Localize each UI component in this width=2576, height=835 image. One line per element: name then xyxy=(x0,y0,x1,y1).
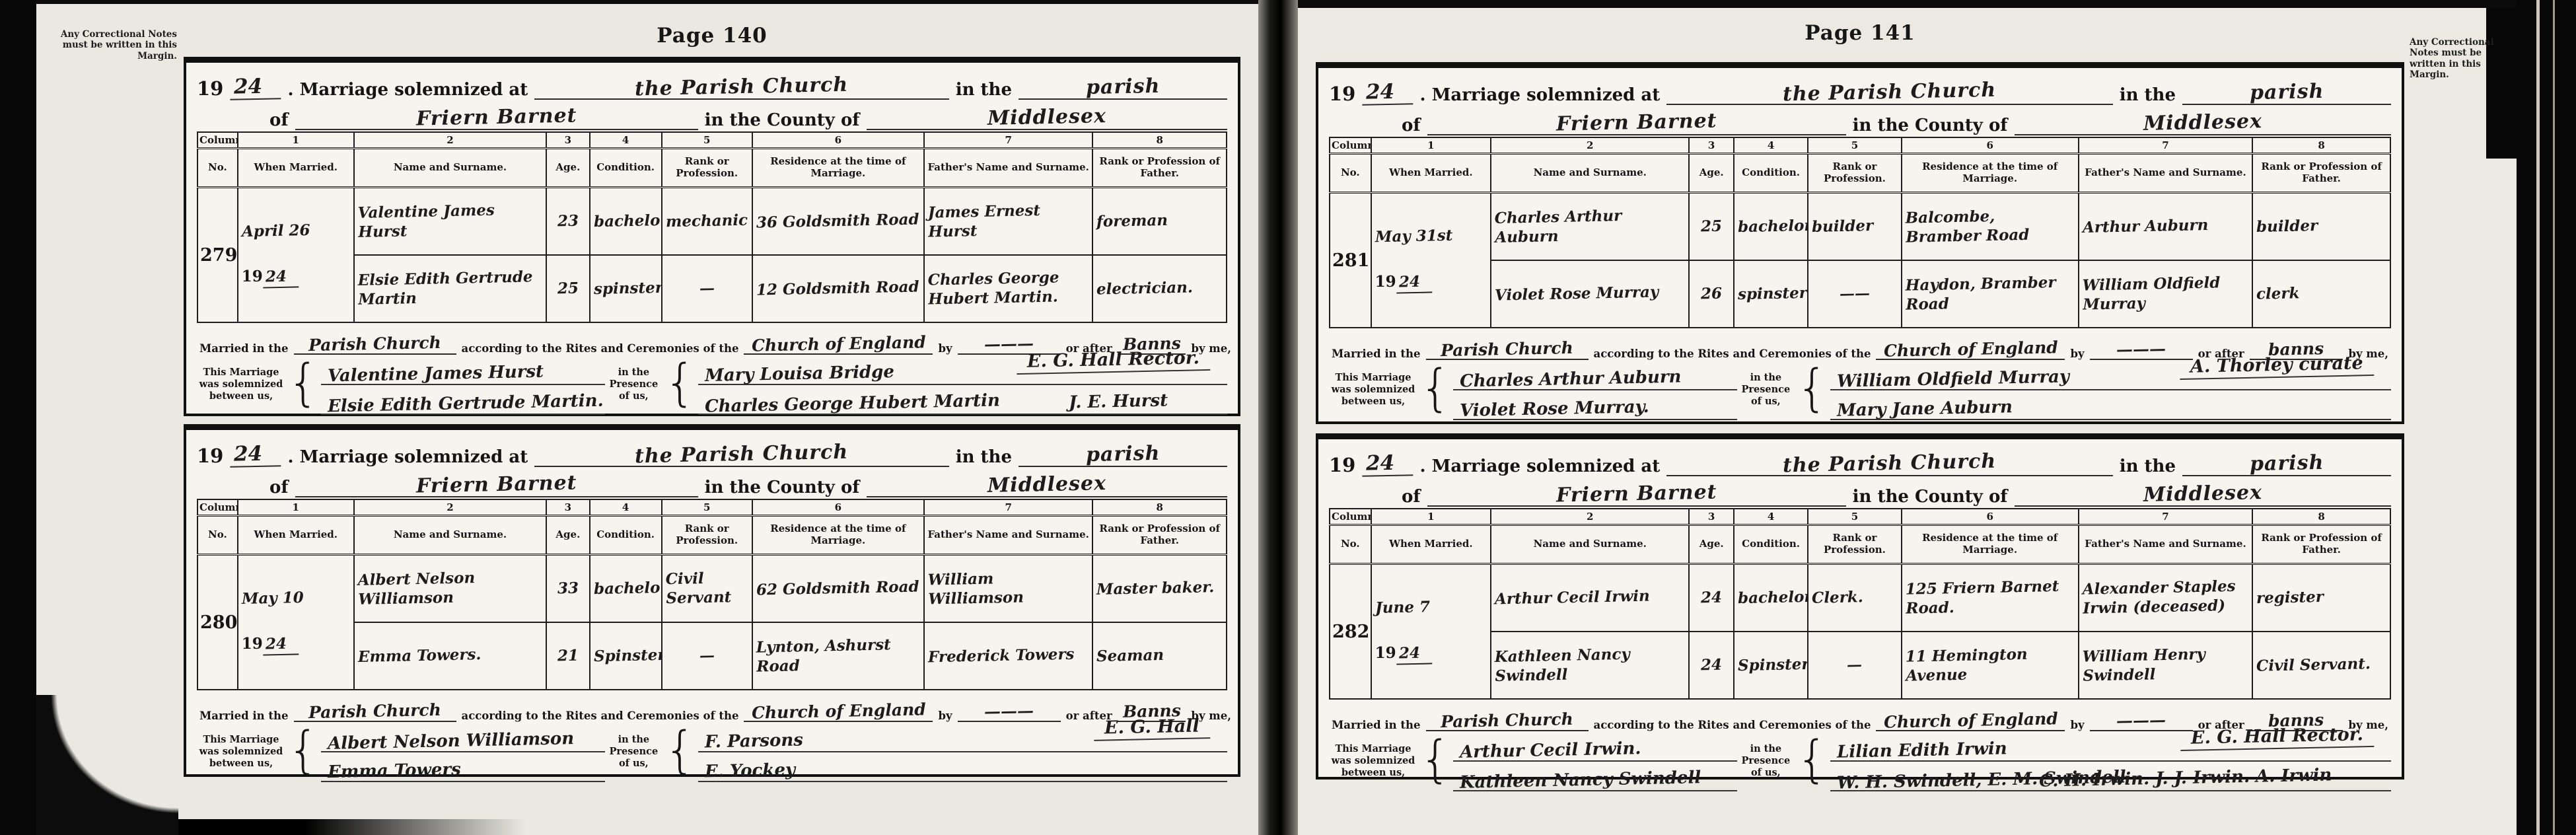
brace-glyph: { xyxy=(287,356,319,412)
groom-condition: bachelor xyxy=(1734,193,1808,261)
bride-signature: Emma Towers xyxy=(328,760,461,782)
marriage-entry-section: 1924. Marriage solemnized at the Parish … xyxy=(184,424,1240,777)
groom-rank-text: builder xyxy=(1812,217,1874,237)
witness1-signature: F. Parsons xyxy=(704,730,803,752)
witness2-signature: E. Yockey xyxy=(704,760,795,782)
ceremony-block: Married in the Parish Church according t… xyxy=(197,323,1227,421)
groom-name-text: Albert Nelson Williamson xyxy=(357,567,543,609)
spouse-signatures: Albert Nelson Williamson Emma Towers xyxy=(321,726,605,782)
witness1-signature: Mary Louisa Bridge xyxy=(704,362,894,386)
bride-father-text: William Henry Swindell xyxy=(2082,645,2249,686)
col-number-6: 6 xyxy=(1902,137,2079,154)
in-the-label: in the xyxy=(956,80,1012,100)
page-number: Page 140 xyxy=(184,24,1240,48)
bride-age-text: 21 xyxy=(557,646,579,665)
margin-note: Any Correctional Notes must be written i… xyxy=(2410,37,2509,81)
col-number-5: 5 xyxy=(662,132,752,149)
header-father-rank: Rank or Profession of Father. xyxy=(2252,154,2390,193)
entry-number: 279 xyxy=(197,188,238,323)
col-number-1: 1 xyxy=(1371,509,1491,525)
married-in-handwritten: Parish Church xyxy=(308,700,441,722)
signatures-row: This Marriage was solemnized between us,… xyxy=(197,726,1227,782)
groom-father-rank: Master baker. xyxy=(1092,555,1227,623)
married-in-label: Married in the xyxy=(199,342,289,355)
section-header-line1: 1924. Marriage solemnized at the Parish … xyxy=(1329,442,2391,476)
col-number-3: 3 xyxy=(1689,509,1733,525)
groom-condition: bachelor xyxy=(590,555,662,623)
column-numbers-row: Columns. 1 2 3 4 5 6 7 8 xyxy=(197,499,1227,516)
col-number-6: 6 xyxy=(752,132,924,149)
groom-residence-text: 62 Goldsmith Road xyxy=(756,577,919,600)
col-number-7: 7 xyxy=(924,132,1093,149)
section-header-line2: of Friern Barnet in the County of Middle… xyxy=(1329,105,2391,135)
county-handwritten: Middlesex xyxy=(2143,481,2262,507)
brace-glyph: { xyxy=(287,723,319,780)
groom-residence-text: 36 Goldsmith Road xyxy=(756,210,919,233)
solemnized-at-label: . Marriage solemnized at xyxy=(1420,456,1661,476)
in-the-label: in the xyxy=(956,447,1012,467)
groom-father: James Ernest Hurst xyxy=(924,188,1093,256)
bride-father: Frederick Towers xyxy=(924,622,1093,690)
groom-signature: Charles Arthur Auburn xyxy=(1460,367,1682,391)
rites-label: according to the Rites and Ceremonies of… xyxy=(462,342,739,355)
groom-signature-line: Charles Arthur Auburn xyxy=(1453,364,1737,390)
col-number-7: 7 xyxy=(2079,509,2252,525)
bride-rank: — xyxy=(662,622,752,690)
parish-blank: parish xyxy=(1019,75,1227,100)
by-blank: ——— xyxy=(958,701,1061,722)
section-header-line2: of Friern Barnet in the County of Middle… xyxy=(197,467,1227,497)
bride-rank-text: — xyxy=(699,646,715,665)
when-year-prefix: 19 xyxy=(242,268,263,285)
register-table: Columns. 1 2 3 4 5 6 7 8 No. When Marrie… xyxy=(197,499,1227,690)
officiant-signature: A. Thorley curate xyxy=(2180,353,2374,380)
county-handwritten: Middlesex xyxy=(2143,110,2262,135)
groom-name-text: Arthur Cecil Irwin xyxy=(1495,587,1650,609)
county-label: in the County of xyxy=(1853,116,2008,135)
col-number-8: 8 xyxy=(1092,499,1227,516)
bride-father: William Henry Swindell xyxy=(2079,632,2252,699)
married-in-label: Married in the xyxy=(1332,347,1421,360)
spouse-signatures: Arthur Cecil Irwin. Kathleen Nancy Swind… xyxy=(1453,735,1737,791)
married-in-blank: Parish Church xyxy=(294,701,456,722)
parish-handwritten: parish xyxy=(2249,80,2324,104)
solemnized-at-label: . Marriage solemnized at xyxy=(288,80,528,100)
when-year-prefix: 19 xyxy=(1375,273,1396,291)
bride-condition-text: Spinster xyxy=(1738,655,1808,675)
married-in-label: Married in the xyxy=(199,709,289,722)
married-in-handwritten: Parish Church xyxy=(308,333,441,355)
header-rank-profession: Rank or Profession. xyxy=(1808,525,1901,564)
bride-age-text: 26 xyxy=(1701,284,1723,303)
groom-father-rank-text: builder xyxy=(2256,217,2318,237)
header-age: Age. xyxy=(1689,525,1733,564)
groom-row: 279 April 26 1924 Valentine James Hurst … xyxy=(197,188,1227,256)
header-father-rank: Rank or Profession of Father. xyxy=(2252,525,2390,564)
parish-blank: parish xyxy=(2182,81,2391,105)
year-handwritten: 24 xyxy=(1362,451,1413,477)
header-condition: Condition. xyxy=(590,149,662,188)
bride-father-text: Charles George Hubert Martin. xyxy=(927,268,1089,310)
header-no: No. xyxy=(197,149,238,188)
groom-residence: 62 Goldsmith Road xyxy=(752,555,924,623)
groom-rank-text: Clerk. xyxy=(1812,588,1863,608)
bride-condition-text: spinster xyxy=(1738,284,1807,305)
bride-signature: Kathleen Nancy Swindell xyxy=(1460,768,1701,793)
bride-condition: Spinster xyxy=(1734,632,1808,699)
header-rank-profession: Rank or Profession. xyxy=(662,516,752,555)
col-number-7: 7 xyxy=(924,499,1093,516)
col-number-2: 2 xyxy=(1491,509,1689,525)
header-age: Age. xyxy=(546,149,589,188)
header-father-name: Father's Name and Surname. xyxy=(924,149,1093,188)
header-no: No. xyxy=(197,516,238,555)
column-headers-row: No. When Married. Name and Surname. Age.… xyxy=(1330,154,2390,193)
section-header-line1: 1924. Marriage solemnized at the Parish … xyxy=(197,433,1227,467)
groom-father-text: James Ernest Hurst xyxy=(927,201,1089,242)
header-when-married: When Married. xyxy=(238,516,354,555)
groom-father-rank-text: Master baker. xyxy=(1096,578,1215,599)
col-number-3: 3 xyxy=(546,499,589,516)
when-year-handwritten: 24 xyxy=(1396,643,1432,665)
register-table: Columns. 1 2 3 4 5 6 7 8 No. When Marrie… xyxy=(1329,508,2391,700)
church-handwritten: the Parish Church xyxy=(635,441,849,468)
by-label: by xyxy=(2070,347,2084,360)
bride-father-rank: Civil Servant. xyxy=(2252,632,2390,699)
col-number-4: 4 xyxy=(1734,509,1808,525)
bride-name: Emma Towers. xyxy=(354,622,546,690)
brace-glyph: { xyxy=(1796,733,1828,789)
rites-church-handwritten: Church of England xyxy=(751,332,925,355)
bride-rank: — xyxy=(1808,632,1901,699)
groom-signature-line: Valentine James Hurst xyxy=(321,359,605,385)
groom-age-text: 25 xyxy=(1701,217,1723,236)
witness2-signature: Charles George Hubert Martin xyxy=(704,390,999,416)
column-headers-row: No. When Married. Name and Surname. Age.… xyxy=(197,149,1227,188)
groom-father-rank-text: foreman xyxy=(1096,211,1168,231)
bride-signature-line: Emma Towers xyxy=(321,756,605,782)
groom-father-text: Arthur Auburn xyxy=(2083,216,2209,238)
groom-residence-text: 125 Friern Barnet Road. xyxy=(1905,577,2075,619)
section-header-line1: 1924. Marriage solemnized at the Parish … xyxy=(197,65,1227,100)
col-number-1: 1 xyxy=(238,499,354,516)
header-father-name: Father's Name and Surname. xyxy=(924,516,1093,555)
when-year-handwritten: 24 xyxy=(262,267,299,288)
col-number-6: 6 xyxy=(752,499,924,516)
bride-age-text: 24 xyxy=(1701,655,1723,674)
spouse-signatures: Charles Arthur Auburn Violet Rose Murray… xyxy=(1453,364,1737,420)
presence-label: in the Presence of us, xyxy=(605,359,662,415)
groom-age: 25 xyxy=(1689,193,1733,261)
when-year-handwritten: 24 xyxy=(1396,272,1432,293)
entry-number: 282 xyxy=(1330,564,1371,700)
groom-age-text: 23 xyxy=(557,211,579,231)
bride-rank-text: — xyxy=(1847,655,1863,674)
groom-condition-text: bachelor xyxy=(593,211,661,231)
this-marriage-label: This Marriage was solemnized between us, xyxy=(1329,364,1417,420)
church-blank: the Parish Church xyxy=(1666,81,2112,105)
when-year-prefix: 19 xyxy=(1375,644,1396,662)
groom-signature-line: Arthur Cecil Irwin. xyxy=(1453,735,1737,762)
by-handwritten: ——— xyxy=(984,701,1034,721)
col-number-8: 8 xyxy=(2252,509,2390,525)
section-header-line2: of Friern Barnet in the County of Middle… xyxy=(197,100,1227,130)
of-label: of xyxy=(1402,116,1421,135)
ceremony-block: Married in the Parish Church according t… xyxy=(197,690,1227,788)
bride-father-rank-text: clerk xyxy=(2256,284,2300,304)
column-numbers-row: Columns. 1 2 3 4 5 6 7 8 xyxy=(1330,137,2390,154)
bride-age: 21 xyxy=(546,622,589,690)
bride-father-rank-text: Civil Servant. xyxy=(2256,655,2371,676)
county-label: in the County of xyxy=(705,478,860,497)
bride-signature: Violet Rose Murray. xyxy=(1460,397,1649,421)
columns-word: Columns. xyxy=(197,132,238,149)
bride-name-text: Violet Rose Murray xyxy=(1495,283,1659,305)
column-headers-row: No. When Married. Name and Surname. Age.… xyxy=(1330,525,2390,564)
groom-name: Albert Nelson Williamson xyxy=(354,555,546,623)
rites-label: according to the Rites and Ceremonies of… xyxy=(1594,347,1871,360)
groom-rank-text: Civil Servant xyxy=(665,569,748,608)
column-headers-row: No. When Married. Name and Surname. Age.… xyxy=(197,516,1227,555)
brace-glyph: { xyxy=(1796,361,1828,417)
scan-edge-top-right xyxy=(1298,0,2517,8)
rites-church-handwritten: Church of England xyxy=(1883,709,2057,732)
officiant-signature: E. G. Hall Rector. xyxy=(2180,724,2375,751)
groom-age: 23 xyxy=(546,188,589,256)
this-marriage-label: This Marriage was solemnized between us, xyxy=(197,359,285,415)
bride-father: Charles George Hubert Martin. xyxy=(924,255,1093,322)
book-edge-left xyxy=(0,0,36,835)
groom-condition-text: bachelor xyxy=(593,578,661,599)
bride-age-text: 25 xyxy=(557,279,579,298)
by-label: by xyxy=(2070,719,2084,731)
bride-father-rank-text: Seaman xyxy=(1096,646,1164,667)
col-number-4: 4 xyxy=(590,499,662,516)
col-number-8: 8 xyxy=(2252,137,2390,154)
bride-name: Kathleen Nancy Swindell xyxy=(1491,632,1689,699)
county-blank: Middlesex xyxy=(867,106,1228,130)
header-when-married: When Married. xyxy=(1371,154,1491,193)
book-edge-right xyxy=(2517,0,2576,835)
parish-blank: parish xyxy=(1019,443,1227,467)
bride-residence-text: Lynton, Ashurst Road xyxy=(756,635,920,677)
year-handwritten: 24 xyxy=(230,441,281,468)
church-handwritten: the Parish Church xyxy=(1783,450,1997,478)
bride-name-text: Kathleen Nancy Swindell xyxy=(1495,644,1686,686)
by-handwritten: ——— xyxy=(2116,710,2166,731)
parish-handwritten: parish xyxy=(1085,442,1160,466)
county-label: in the County of xyxy=(1853,487,2008,507)
groom-father: Alexander Staples Irwin (deceased) xyxy=(2079,564,2252,632)
when-married-day: June 7 xyxy=(1375,598,1430,618)
brace-glyph: { xyxy=(664,723,696,780)
this-marriage-label: This Marriage was solemnized between us, xyxy=(197,726,285,782)
year-prefix: 19 xyxy=(1329,83,1355,105)
groom-father: Arthur Auburn xyxy=(2079,193,2252,261)
rites-church-blank: Church of England xyxy=(744,701,933,722)
place-handwritten: Friern Barnet xyxy=(415,471,577,497)
county-blank: Middlesex xyxy=(867,473,1228,497)
header-age: Age. xyxy=(1689,154,1733,193)
section-header-line1: 1924. Marriage solemnized at the Parish … xyxy=(1329,71,2391,105)
by-label: by xyxy=(938,709,952,722)
bride-rank-text: —— xyxy=(1840,284,1871,304)
bride-rank-text: — xyxy=(699,279,715,298)
columns-word: Columns. xyxy=(197,499,238,516)
rites-church-handwritten: Church of England xyxy=(751,700,925,723)
groom-rank: Civil Servant xyxy=(662,555,752,623)
bride-residence-text: 12 Goldsmith Road xyxy=(756,277,919,300)
bride-name: Elsie Edith Gertrude Martin xyxy=(354,255,546,322)
groom-row: 282 June 7 1924 Arthur Cecil Irwin 24 ba… xyxy=(1330,564,2390,632)
year-prefix: 19 xyxy=(197,445,223,467)
rites-label: according to the Rites and Ceremonies of… xyxy=(462,709,739,722)
page-number: Page 141 xyxy=(1316,21,2404,45)
church-handwritten: the Parish Church xyxy=(1783,79,1997,106)
bride-rank: — xyxy=(662,255,752,322)
col-number-3: 3 xyxy=(546,132,589,149)
header-name-surname: Name and Surname. xyxy=(354,149,546,188)
county-label: in the County of xyxy=(705,110,860,130)
bride-residence: 11 Hemington Avenue xyxy=(1902,632,2079,699)
groom-rank: builder xyxy=(1808,193,1901,261)
rites-church-blank: Church of England xyxy=(744,334,933,355)
place-blank: Friern Barnet xyxy=(1427,111,1846,135)
groom-signature: Valentine James Hurst xyxy=(328,362,544,386)
when-year-handwritten: 24 xyxy=(262,634,299,655)
presence-label: in the Presence of us, xyxy=(1737,735,1794,791)
column-numbers-row: Columns. 1 2 3 4 5 6 7 8 xyxy=(1330,509,2390,525)
groom-age: 24 xyxy=(1689,564,1733,632)
groom-signature: Arthur Cecil Irwin. xyxy=(1460,739,1641,762)
groom-signature: Albert Nelson Williamson xyxy=(328,729,575,754)
this-marriage-label: This Marriage was solemnized between us, xyxy=(1329,735,1417,791)
col-number-6: 6 xyxy=(1902,509,2079,525)
bride-age: 24 xyxy=(1689,632,1733,699)
groom-age: 33 xyxy=(546,555,589,623)
when-married-day: April 26 xyxy=(241,221,310,242)
groom-father-text: William Williamson xyxy=(927,568,1089,610)
married-in-handwritten: Parish Church xyxy=(1441,709,1573,731)
place-blank: Friern Barnet xyxy=(1427,482,1846,507)
groom-rank-text: mechanic xyxy=(665,211,748,231)
rites-church-blank: Church of England xyxy=(1876,339,2065,360)
marriage-entry-section: 1924. Marriage solemnized at the Parish … xyxy=(184,57,1240,416)
header-residence: Residence at the time of Marriage. xyxy=(752,516,924,555)
marriage-entry-section: 1924. Marriage solemnized at the Parish … xyxy=(1316,433,2404,780)
bride-residence: Haydon, Bramber Road xyxy=(1902,260,2079,328)
bride-signature: Elsie Edith Gertrude Martin. xyxy=(328,391,604,417)
in-the-label: in the xyxy=(2120,456,2176,476)
bride-signature-line: Elsie Edith Gertrude Martin. xyxy=(321,388,605,415)
groom-residence: 125 Friern Barnet Road. xyxy=(1902,564,2079,632)
when-married-cell: May 10 1924 xyxy=(238,555,354,690)
place-handwritten: Friern Barnet xyxy=(1556,480,1717,507)
bride-father-rank-text: electrician. xyxy=(1096,278,1193,299)
groom-rank: mechanic xyxy=(662,188,752,256)
in-the-label: in the xyxy=(2120,85,2176,105)
groom-row: 280 May 10 1924 Albert Nelson Williamson… xyxy=(197,555,1227,623)
entry-number: 281 xyxy=(1330,193,1371,328)
bride-rank: —— xyxy=(1808,260,1901,328)
bride-residence-text: 11 Hemington Avenue xyxy=(1905,645,2075,686)
county-handwritten: Middlesex xyxy=(987,472,1106,497)
col-number-8: 8 xyxy=(1092,132,1227,149)
header-father-rank: Rank or Profession of Father. xyxy=(1092,149,1227,188)
ceremony-line: Married in the Parish Church according t… xyxy=(197,694,1227,722)
bride-condition-text: spinster xyxy=(593,279,661,299)
bride-residence-text: Haydon, Bramber Road xyxy=(1905,273,2075,315)
bride-residence: Lynton, Ashurst Road xyxy=(752,622,924,690)
by-blank: ——— xyxy=(2090,710,2193,731)
when-married-cell: April 26 1924 xyxy=(238,188,354,323)
witness2-signature: Mary Jane Auburn xyxy=(1836,397,2012,421)
groom-condition-text: bachelor xyxy=(1738,587,1808,608)
col-number-5: 5 xyxy=(1808,509,1901,525)
entry-number: 280 xyxy=(197,555,238,690)
header-when-married: When Married. xyxy=(238,149,354,188)
year-handwritten: 24 xyxy=(230,74,281,100)
place-handwritten: Friern Barnet xyxy=(1556,109,1717,135)
year-prefix: 19 xyxy=(1329,454,1355,476)
witness2-line: E. Yockey xyxy=(698,756,1227,782)
of-label: of xyxy=(1402,487,1421,507)
groom-name: Charles Arthur Auburn xyxy=(1491,193,1689,261)
groom-name-text: Charles Arthur Auburn xyxy=(1495,205,1686,248)
header-residence: Residence at the time of Marriage. xyxy=(1902,525,2079,564)
page-curl xyxy=(36,695,178,835)
when-married-day: May 31st xyxy=(1375,227,1452,247)
groom-father: William Williamson xyxy=(924,555,1093,623)
year-prefix: 19 xyxy=(197,77,223,100)
by-handwritten: ——— xyxy=(2116,339,2166,359)
bride-age: 26 xyxy=(1689,260,1733,328)
presence-label: in the Presence of us, xyxy=(1737,364,1794,420)
groom-residence: Balcombe, Bramber Road xyxy=(1902,193,2079,261)
bride-condition: Spinster xyxy=(590,622,662,690)
married-in-label: Married in the xyxy=(1332,719,1421,731)
place-blank: Friern Barnet xyxy=(295,473,698,497)
extra-signature: J. E. Hurst xyxy=(1069,390,1168,412)
col-number-2: 2 xyxy=(354,499,546,516)
groom-father-rank-text: register xyxy=(2256,588,2324,608)
groom-age-text: 33 xyxy=(557,579,579,598)
when-married-cell: May 31st 1924 xyxy=(1371,193,1491,328)
officiant-signature: E. G. Hall xyxy=(1094,715,1210,741)
married-in-handwritten: Parish Church xyxy=(1441,338,1573,360)
year-handwritten: 24 xyxy=(1362,79,1413,106)
col-number-4: 4 xyxy=(590,132,662,149)
register-table: Columns. 1 2 3 4 5 6 7 8 No. When Marrie… xyxy=(197,131,1227,323)
groom-condition: bachelor xyxy=(590,188,662,256)
register-table: Columns. 1 2 3 4 5 6 7 8 No. When Marrie… xyxy=(1329,137,2391,328)
header-condition: Condition. xyxy=(590,516,662,555)
groom-age-text: 24 xyxy=(1701,588,1723,607)
church-blank: the Parish Church xyxy=(534,75,948,100)
header-no: No. xyxy=(1330,154,1371,193)
married-in-blank: Parish Church xyxy=(1426,339,1589,360)
married-in-blank: Parish Church xyxy=(1426,710,1589,731)
header-name-surname: Name and Surname. xyxy=(1491,154,1689,193)
column-numbers-row: Columns. 1 2 3 4 5 6 7 8 xyxy=(197,132,1227,149)
bride-age: 25 xyxy=(546,255,589,322)
brace-glyph: { xyxy=(1419,361,1451,417)
ceremony-block: Married in the Parish Church according t… xyxy=(1329,700,2391,797)
bride-father-rank: Seaman xyxy=(1092,622,1227,690)
rites-church-handwritten: Church of England xyxy=(1883,338,2057,361)
bride-residence: 12 Goldsmith Road xyxy=(752,255,924,322)
bride-condition: spinster xyxy=(1734,260,1808,328)
